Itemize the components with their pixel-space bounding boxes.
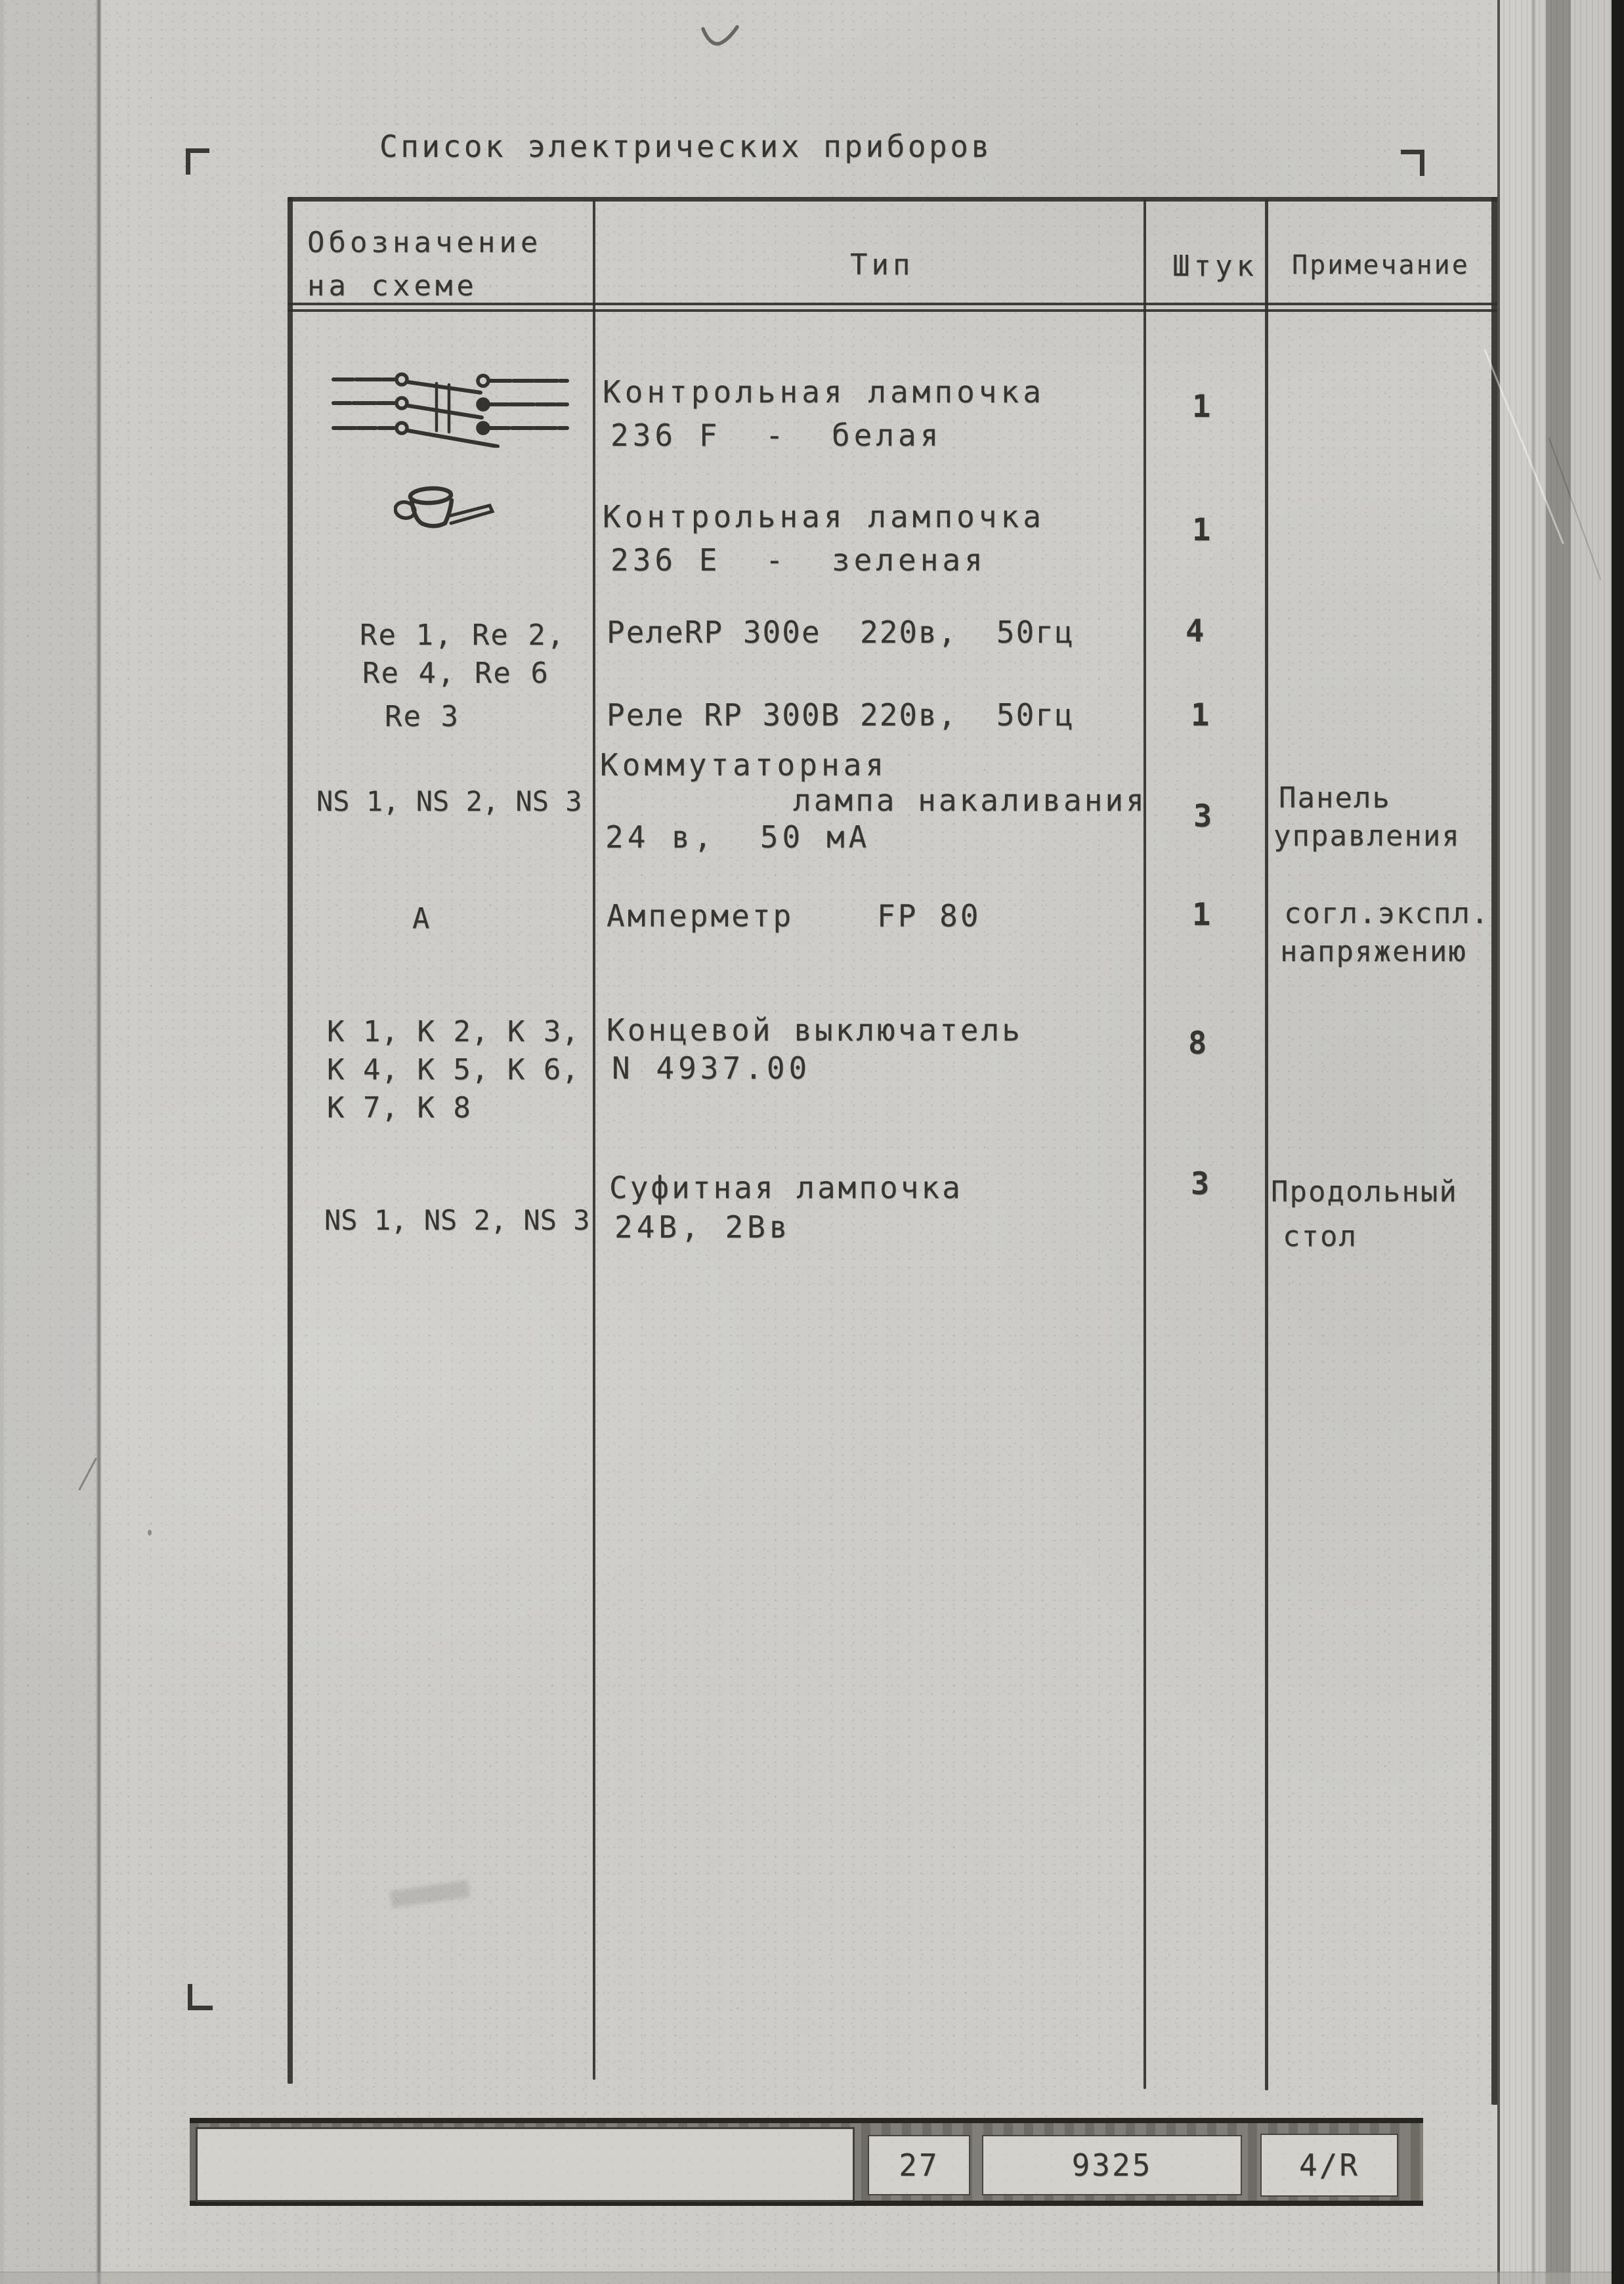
row5-designation-line1: NS 1, NS 2, NS 3 — [316, 788, 582, 815]
row8-designation-line1: NS 1, NS 2, NS 3 — [324, 1207, 590, 1234]
header-separator-line-1 — [288, 303, 1498, 305]
row6-note-line2: напряжению — [1280, 937, 1467, 966]
left-margin-shade — [0, 0, 98, 2284]
title-block-cell-drawing: 9325 — [982, 2135, 1242, 2195]
row1-type-line2: 236 F - белая — [610, 420, 942, 450]
row8-type-line1: Суфитная лампочка — [609, 1173, 963, 1203]
title-block-empty-cell — [196, 2127, 855, 2202]
left-fold-line — [96, 0, 102, 2284]
row7-type-line1: Концевой выключатель — [607, 1015, 1023, 1045]
row8-note-line1: Продольный — [1271, 1178, 1458, 1207]
row7-qty: 8 — [1188, 1028, 1207, 1059]
row3-qty: 4 — [1186, 616, 1204, 647]
bottom-table-edge — [0, 2272, 1612, 2284]
row5-type-line2: лампа накаливания — [793, 785, 1147, 815]
table-left-border — [288, 197, 293, 2084]
row5-type-line3: 24 в, 50 мА — [605, 822, 870, 852]
row6-note-line1: согл.экспл. — [1284, 899, 1489, 928]
revision-code: 4/R — [1299, 2150, 1359, 2180]
row6-type-line1: Амперметр FP 80 — [607, 901, 981, 931]
row2-type-line1: Контрольная лампочка — [603, 502, 1045, 532]
row7-designation-line1: К 1, К 2, К 3, — [327, 1018, 580, 1046]
header-type: Тип — [850, 251, 914, 280]
title-block-cell-sheet: 27 — [868, 2135, 970, 2195]
paper-background — [0, 0, 1624, 2284]
row8-qty: 3 — [1191, 1169, 1209, 1199]
speck-left-margin — [148, 1530, 152, 1536]
drawing-number: 9325 — [1072, 2150, 1153, 2180]
table-top-border — [288, 197, 1498, 202]
page-title: Список электрических приборов — [379, 131, 993, 162]
header-designation-line1: Обозначение — [307, 228, 542, 257]
row5-qty: 3 — [1193, 801, 1212, 832]
row6-designation-line1: А — [412, 905, 431, 934]
page-stack-edge — [1497, 0, 1624, 2284]
header-designation-line2: на схеме — [307, 272, 478, 301]
column-divider-type-qty — [1143, 200, 1146, 2089]
row1-type-line1: Контрольная лампочка — [603, 377, 1045, 407]
row5-note-line1: Панель — [1279, 784, 1391, 813]
row8-type-line2: 24В, 2Вв — [614, 1212, 792, 1242]
row2-type-line2: 236 E - зеленая — [610, 545, 987, 575]
sheet-number: 27 — [899, 2150, 939, 2180]
scanned-page: Список электрических приборов Обозначени… — [0, 0, 1624, 2284]
row3-type-line1: РелеRP 300е 220в, 50гц — [607, 617, 1075, 647]
row4-type-line1: Реле RP 300В 220в, 50гц — [607, 700, 1075, 730]
column-divider-qty-note — [1265, 200, 1268, 2090]
header-qty: Штук — [1172, 252, 1258, 281]
row7-type-line2: N 4937.00 — [612, 1053, 811, 1083]
column-divider-designation-type — [593, 200, 595, 2080]
row5-note-line2: управления — [1273, 822, 1461, 851]
indicator-lamp-symbol — [394, 479, 499, 540]
row2-qty: 1 — [1192, 515, 1210, 546]
row4-designation-line1: Re 3 — [385, 702, 459, 731]
row6-qty: 1 — [1192, 899, 1210, 930]
row5-type-line1: Коммутаторная — [600, 750, 887, 780]
row3-designation-line1: Re 1, Re 2, — [360, 621, 565, 650]
title-block-cell-revision: 4/R — [1260, 2134, 1398, 2197]
pencil-checkmark — [701, 24, 740, 51]
row7-designation-line3: К 7, К 8 — [327, 1094, 471, 1123]
row3-designation-line2: Re 4, Re 6 — [362, 659, 549, 688]
row8-note-line2: стол — [1283, 1222, 1357, 1251]
three-pole-switch-symbol — [328, 365, 572, 448]
row4-qty: 1 — [1191, 700, 1209, 731]
header-separator-line-2 — [288, 309, 1498, 312]
header-note: Примечание — [1292, 252, 1470, 278]
row7-designation-line2: К 4, К 5, К 6, — [327, 1056, 580, 1085]
ink-speck-1 — [529, 2201, 535, 2205]
row1-qty: 1 — [1192, 391, 1210, 422]
